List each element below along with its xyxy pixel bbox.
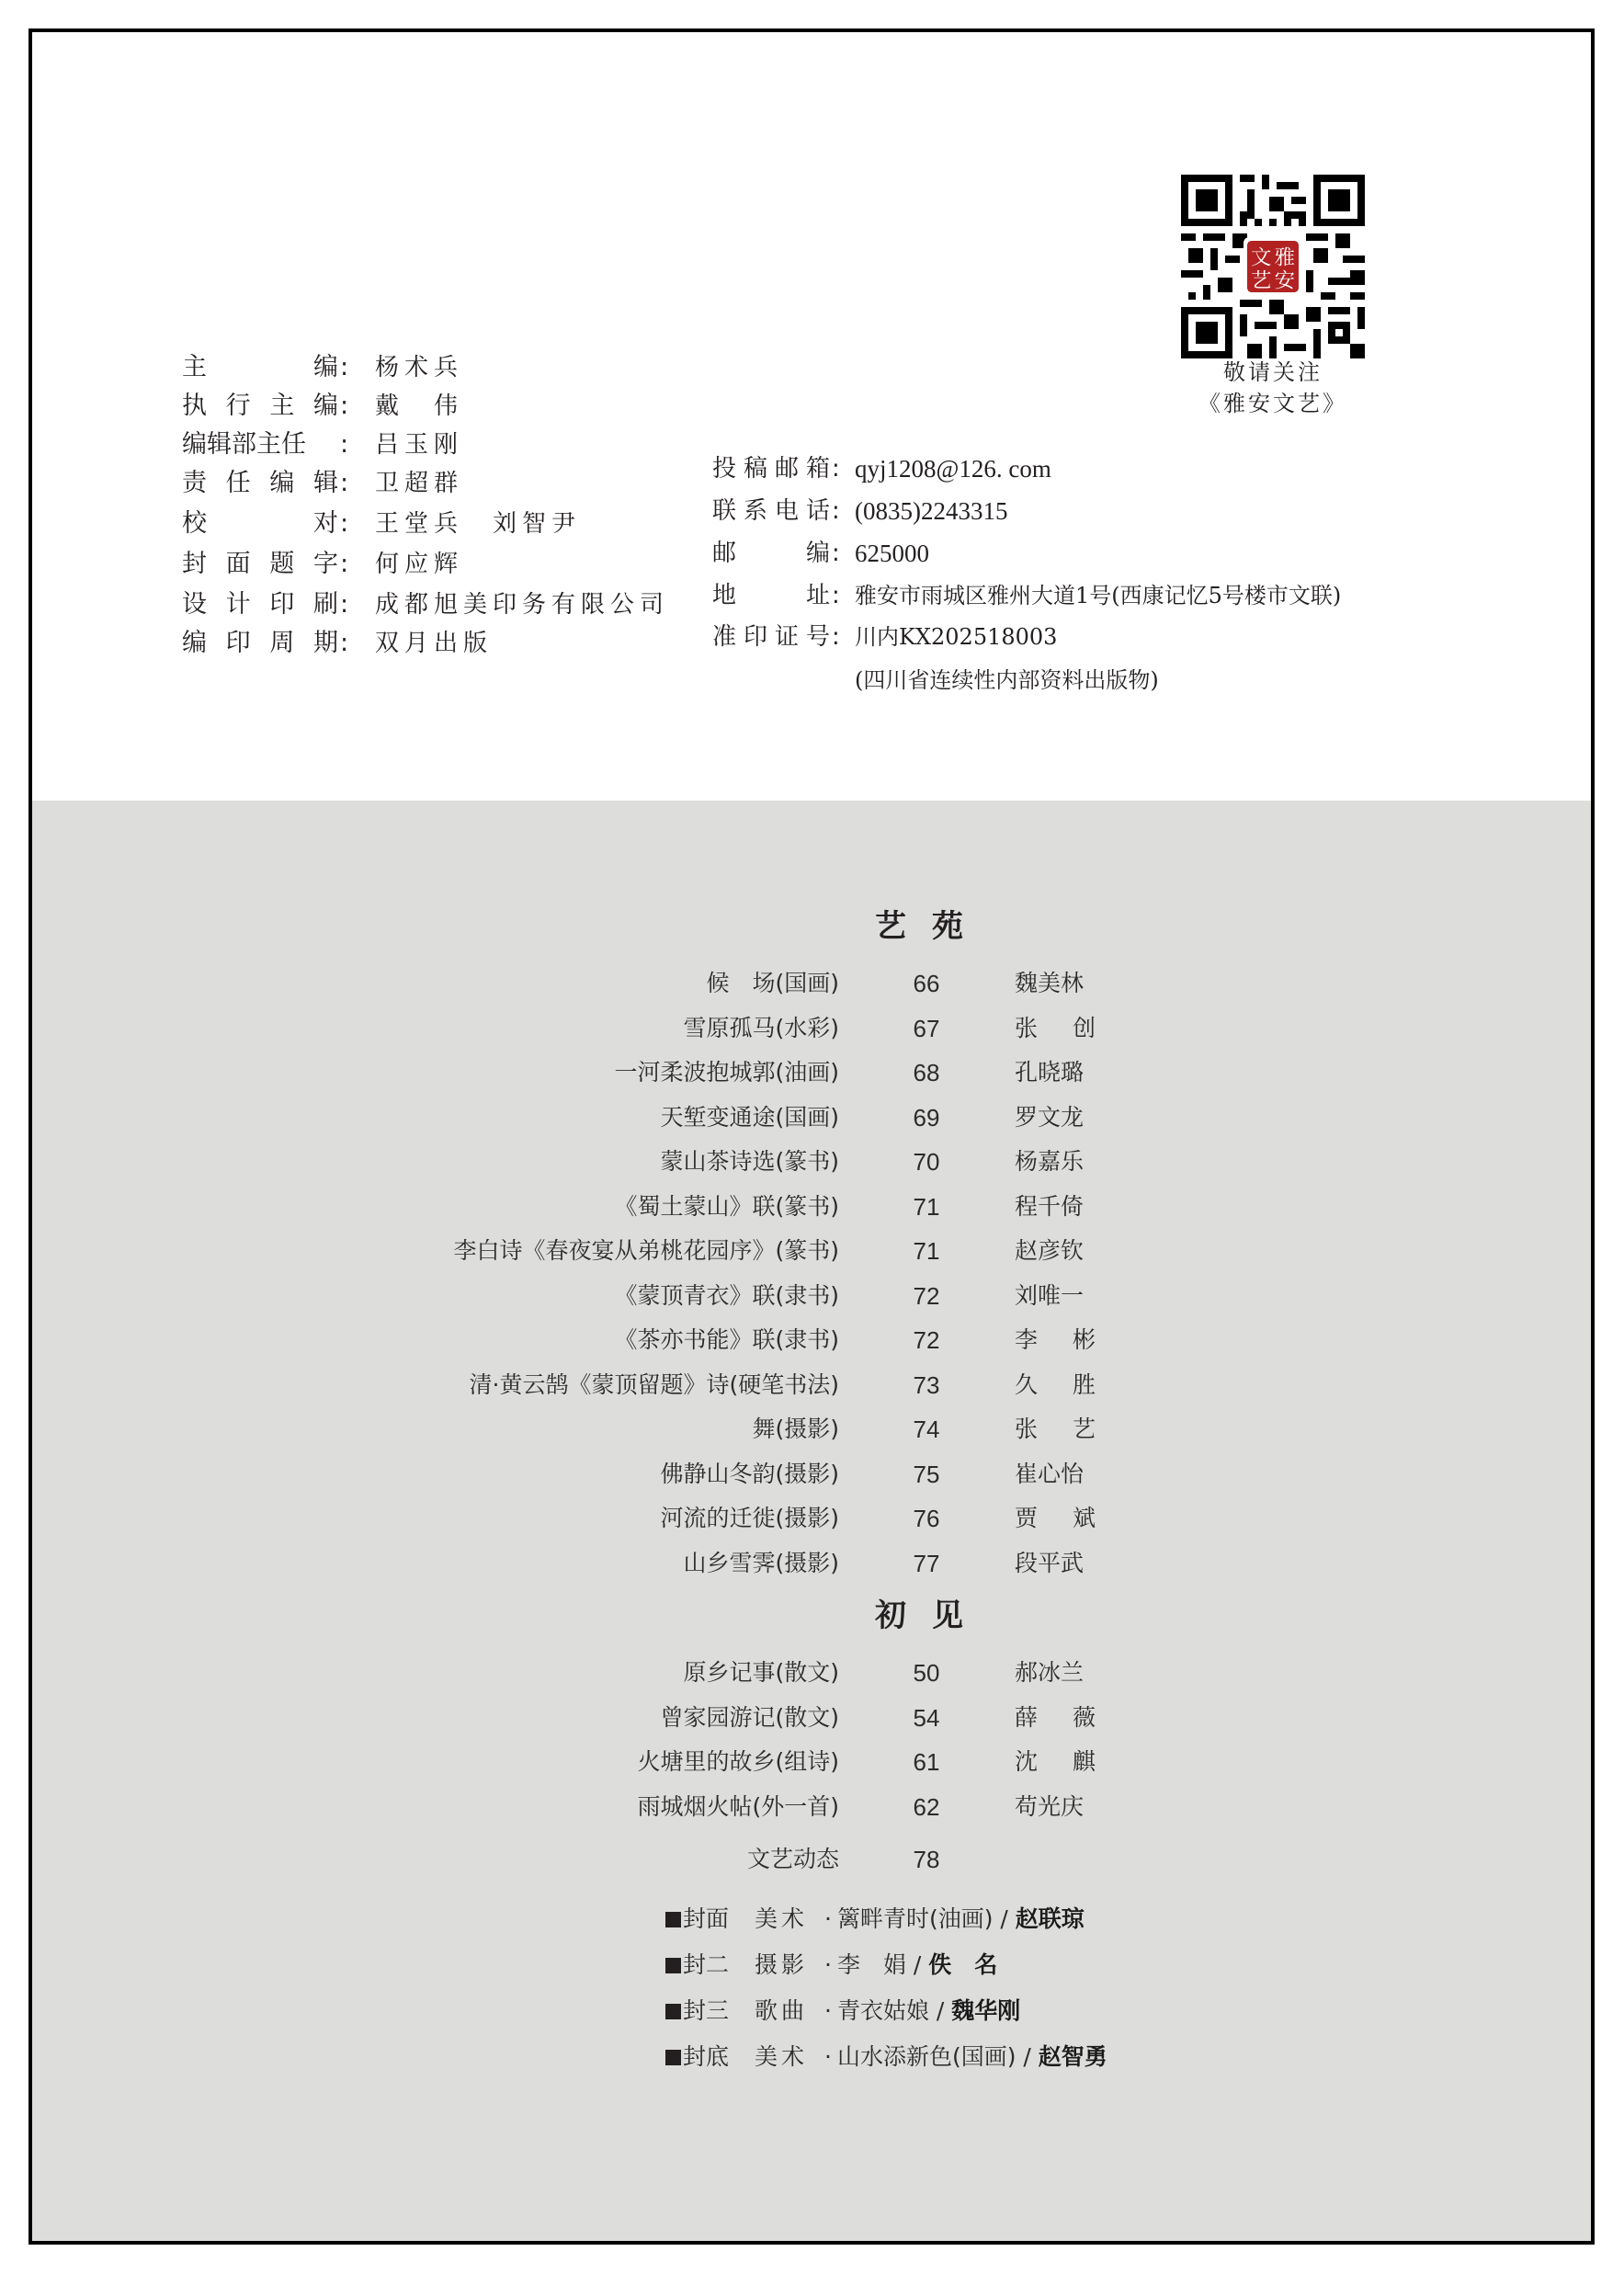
- label-char: 胜: [1073, 1367, 1096, 1404]
- masthead-label: 主编: [182, 349, 338, 386]
- label-char: 主: [256, 426, 281, 463]
- label-char: 执: [182, 388, 207, 425]
- cover-work: 青衣姑娘: [837, 1997, 929, 2024]
- masthead-value: 吕玉刚: [375, 426, 463, 463]
- dot-separator: ·: [824, 1951, 832, 1978]
- toc-entry[interactable]: 《蜀土蒙山》联(篆书)71程千倚: [0, 1188, 1624, 1225]
- label-char: 庆: [1061, 1789, 1084, 1825]
- entry-page: 62: [901, 1789, 952, 1825]
- entry-author: 薛薇: [1015, 1700, 1096, 1736]
- label-char: 任: [281, 426, 306, 463]
- label-char: 字: [313, 546, 338, 583]
- slash-separator: /: [906, 1951, 928, 1978]
- label-char: 编: [269, 465, 294, 502]
- contact-label: 邮编: [712, 535, 830, 572]
- label-char: 彦: [1038, 1233, 1061, 1269]
- entry-title: 文艺动态: [747, 1841, 839, 1878]
- cover-author: 魏华刚: [951, 1997, 1020, 2024]
- label-char: 乐: [1061, 1143, 1084, 1180]
- entry-author: 罗文龙: [1015, 1099, 1096, 1136]
- dot-separator: ·: [824, 1905, 832, 1932]
- label-char: 薇: [1073, 1700, 1096, 1736]
- toc-entry[interactable]: 雪原孤马(水彩)67张创: [0, 1010, 1624, 1047]
- label-char: 武: [1061, 1545, 1084, 1582]
- colon: :: [340, 388, 348, 425]
- cover-author: 赵联琼: [1016, 1905, 1085, 1932]
- toc-entry[interactable]: 天堑变通途(国画)69罗文龙: [0, 1099, 1624, 1136]
- label-char: 赵: [1015, 1233, 1038, 1269]
- entry-page: 72: [901, 1278, 952, 1314]
- entry-title: 雪原孤马(水彩): [683, 1010, 839, 1047]
- label-char: 稿: [744, 450, 767, 487]
- toc-entry[interactable]: 佛静山冬韵(摄影)75崔心怡: [0, 1456, 1624, 1493]
- label-char: 张: [1015, 1411, 1038, 1448]
- toc-entry[interactable]: 候 场(国画)66魏美林: [0, 965, 1624, 1002]
- slash-separator: /: [993, 1905, 1015, 1932]
- cover-position: 封二: [683, 1947, 755, 1984]
- entry-title: 火塘里的故乡(组诗): [637, 1744, 839, 1780]
- label-char: 贾: [1015, 1500, 1038, 1537]
- masthead-value: 何应辉: [375, 546, 463, 583]
- label-char: 怡: [1061, 1456, 1084, 1493]
- toc-entry[interactable]: 河流的迁徙(摄影)76贾斌: [0, 1500, 1624, 1537]
- cover-author: 赵智勇: [1039, 2043, 1107, 2070]
- entry-title: 曾家园游记(散文): [660, 1700, 839, 1736]
- entry-title: 雨城烟火帖(外一首): [637, 1789, 839, 1825]
- masthead-label: 执行主编: [182, 388, 338, 425]
- slash-separator: /: [929, 1997, 951, 2024]
- label-char: 址: [806, 577, 830, 614]
- label-char: 冰: [1038, 1654, 1061, 1691]
- label-char: 嘉: [1038, 1143, 1061, 1180]
- toc-entry[interactable]: 原乡记事(散文)50郝冰兰: [0, 1654, 1624, 1691]
- colon: :: [340, 546, 348, 583]
- label-char: 印: [269, 586, 294, 623]
- label-char: 编: [806, 535, 830, 572]
- colon: :: [832, 577, 840, 614]
- toc-entry[interactable]: 雨城烟火帖(外一首)62苟光庆: [0, 1789, 1624, 1825]
- label-char: 面: [226, 546, 251, 583]
- entry-page: 71: [901, 1233, 952, 1269]
- qr-caption-line2: 《雅安文艺》: [1153, 388, 1392, 419]
- entry-page: 78: [901, 1841, 952, 1878]
- contact-value: 川内KX202518003: [855, 619, 1057, 655]
- label-char: 林: [1061, 965, 1084, 1002]
- entry-author: 孔晓璐: [1015, 1054, 1096, 1091]
- entry-title: 《蜀土蒙山》联(篆书): [614, 1188, 839, 1225]
- masthead-label: 编印周期: [182, 625, 338, 662]
- label-char: 张: [1015, 1010, 1038, 1047]
- entry-author: 郝冰兰: [1015, 1654, 1096, 1691]
- masthead-value: 卫超群: [375, 465, 463, 502]
- label-char: 钦: [1061, 1233, 1084, 1269]
- label-char: 刷: [313, 586, 338, 623]
- contact-label: 投稿邮箱: [712, 450, 830, 487]
- cover-author: 佚 名: [928, 1951, 997, 1978]
- label-char: 杨: [1015, 1143, 1038, 1180]
- entry-title: 山乡雪霁(摄影): [683, 1545, 839, 1582]
- label-char: 千: [1038, 1188, 1061, 1225]
- label-char: 美: [1038, 965, 1061, 1002]
- label-char: 斌: [1073, 1500, 1096, 1537]
- svg-text:文: 文: [1251, 246, 1271, 270]
- entry-page: 76: [901, 1500, 952, 1537]
- entry-author: 李彬: [1015, 1322, 1096, 1359]
- label-char: 号: [806, 619, 830, 655]
- label-char: 龙: [1061, 1099, 1084, 1136]
- entry-page: 50: [901, 1654, 952, 1691]
- label-char: 证: [775, 619, 799, 655]
- contact-value: 625000: [855, 535, 929, 572]
- label-char: 平: [1038, 1545, 1061, 1582]
- entry-author: 贾斌: [1015, 1500, 1096, 1537]
- label-char: 编: [182, 426, 207, 463]
- colon: :: [832, 493, 840, 529]
- entry-author: 久胜: [1015, 1367, 1096, 1404]
- label-char: 晓: [1038, 1054, 1061, 1091]
- label-char: 程: [1015, 1188, 1038, 1225]
- entry-author: 沈麒: [1015, 1744, 1096, 1780]
- masthead-value: 王堂兵 刘智尹: [375, 506, 581, 542]
- masthead-value: 双月出版: [375, 625, 493, 662]
- label-char: 校: [182, 506, 207, 542]
- entry-title: 《蒙顶青衣》联(隶书): [614, 1278, 839, 1314]
- label-char: 薛: [1015, 1700, 1038, 1736]
- cover-kind: 美术: [755, 1901, 819, 1938]
- label-char: 孔: [1015, 1054, 1038, 1091]
- label-char: 光: [1038, 1789, 1061, 1825]
- entry-author: 赵彦钦: [1015, 1233, 1096, 1269]
- svg-text:艺: 艺: [1251, 268, 1271, 292]
- toc-entry[interactable]: 一河柔波抱城郭(油画)68孔晓璐: [0, 1054, 1624, 1091]
- label-char: 责: [182, 465, 207, 502]
- entry-author: 刘唯一: [1015, 1278, 1096, 1314]
- colon: :: [340, 625, 348, 662]
- svg-text:安: 安: [1275, 268, 1296, 292]
- masthead-value: 戴 伟: [375, 388, 463, 425]
- label-char: 对: [313, 506, 338, 542]
- entry-author: 张艺: [1015, 1411, 1096, 1448]
- entry-page: 67: [901, 1010, 952, 1047]
- label-char: 部: [232, 426, 256, 463]
- label-char: 璐: [1061, 1054, 1084, 1091]
- label-char: 心: [1038, 1456, 1061, 1493]
- masthead-label: 编辑部主任: [182, 426, 338, 463]
- qr-caption: 敬请关注 《雅安文艺》: [1153, 357, 1392, 419]
- toc-entry-news[interactable]: 文艺动态78: [0, 1841, 1624, 1878]
- contact-label: 地址: [712, 577, 830, 614]
- label-char: 文: [1038, 1099, 1061, 1136]
- contact-value: qyj1208@126. com: [855, 450, 1051, 487]
- dot-separator: ·: [824, 2043, 832, 2070]
- label-char: 段: [1015, 1545, 1038, 1582]
- colon: :: [340, 426, 348, 463]
- cover-credit-row: 封三歌曲·青衣姑娘 / 魏华刚: [665, 1993, 1020, 2030]
- cover-credit-row: 封面美术·篱畔青时(油画) / 赵联琼: [665, 1901, 1085, 1938]
- label-char: 魏: [1015, 965, 1038, 1002]
- label-char: 郝: [1015, 1654, 1038, 1691]
- label-char: 倚: [1061, 1188, 1084, 1225]
- label-char: 任: [226, 465, 251, 502]
- qr-caption-line1: 敬请关注: [1153, 357, 1392, 388]
- dot-separator: ·: [824, 1997, 832, 2024]
- label-char: 唯: [1038, 1278, 1061, 1314]
- entry-page: 73: [901, 1367, 952, 1404]
- entry-title: 候 场(国画): [706, 965, 839, 1002]
- label-char: 设: [182, 586, 207, 623]
- label-char: 主: [182, 349, 207, 386]
- toc-entry[interactable]: 《蒙顶青衣》联(隶书)72刘唯一: [0, 1278, 1624, 1314]
- entry-page: 61: [901, 1744, 952, 1780]
- label-char: 李: [1015, 1322, 1038, 1359]
- colon: :: [340, 465, 348, 502]
- cover-position: 封底: [683, 2039, 755, 2075]
- contact-value: 雅安市雨城区雅州大道1号(西康记忆5号楼市文联): [855, 577, 1341, 614]
- entry-title: 《茶亦书能》联(隶书): [614, 1322, 839, 1359]
- toc-entry[interactable]: 蒙山茶诗选(篆书)70杨嘉乐: [0, 1143, 1624, 1180]
- masthead-label: 责任编辑: [182, 465, 338, 502]
- entry-title: 天堑变通途(国画): [660, 1099, 839, 1136]
- label-char: 印: [226, 625, 251, 662]
- square-bullet-icon: [665, 2050, 681, 2065]
- entry-title: 河流的迁徙(摄影): [660, 1500, 839, 1537]
- masthead-label: 校对: [182, 506, 338, 542]
- label-char: 麒: [1073, 1744, 1096, 1780]
- cover-kind: 歌曲: [755, 1993, 819, 2030]
- label-char: 久: [1015, 1367, 1038, 1404]
- colon: :: [832, 535, 840, 572]
- entry-page: 69: [901, 1099, 952, 1136]
- entry-page: 66: [901, 965, 952, 1002]
- label-char: 印: [744, 619, 767, 655]
- toc-entry[interactable]: 山乡雪霁(摄影)77段平武: [0, 1545, 1624, 1582]
- entry-page: 71: [901, 1188, 952, 1225]
- entry-title: 原乡记事(散文): [683, 1654, 839, 1691]
- entry-page: 70: [901, 1143, 952, 1180]
- toc-entry[interactable]: 火塘里的故乡(组诗)61沈麒: [0, 1744, 1624, 1780]
- entry-title: 佛静山冬韵(摄影): [660, 1456, 839, 1493]
- label-char: 箱: [806, 450, 830, 487]
- label-char: 编: [313, 388, 338, 425]
- cover-credit-row: 封二摄影·李 娟 / 佚 名: [665, 1947, 997, 1984]
- entry-page: 54: [901, 1700, 952, 1736]
- entry-page: 68: [901, 1054, 952, 1091]
- label-char: 沈: [1015, 1744, 1038, 1780]
- label-char: 邮: [775, 450, 799, 487]
- entry-author: 苟光庆: [1015, 1789, 1096, 1825]
- label-char: 行: [226, 388, 251, 425]
- entry-title: 一河柔波抱城郭(油画): [614, 1054, 839, 1091]
- cover-credit-row: 封底美术·山水添新色(国画) / 赵智勇: [665, 2039, 1107, 2075]
- toc-entry[interactable]: 舞(摄影)74张艺: [0, 1411, 1624, 1448]
- colon: :: [340, 506, 348, 542]
- label-char: 话: [806, 493, 830, 529]
- masthead-label: 设计印刷: [182, 586, 338, 623]
- entry-page: 75: [901, 1456, 952, 1493]
- cover-kind: 摄影: [755, 1947, 819, 1984]
- toc-entry[interactable]: 李白诗《春夜宴从弟桃花园序》(篆书)71赵彦钦: [0, 1233, 1624, 1269]
- label-char: 辑: [313, 465, 338, 502]
- label-char: 系: [744, 493, 767, 529]
- contact-label: 准印证号: [712, 619, 830, 655]
- label-char: 期: [313, 625, 338, 662]
- label-char: 联: [712, 493, 736, 529]
- cover-work: 李 娟: [837, 1951, 906, 1978]
- entry-title: 李白诗《春夜宴从弟桃花园序》(篆书): [453, 1233, 839, 1269]
- section-title: 初见: [875, 1590, 989, 1635]
- entry-author: 段平武: [1015, 1545, 1096, 1582]
- colon: :: [340, 586, 348, 623]
- label-char: 准: [712, 619, 736, 655]
- masthead-value: 杨术兵: [375, 349, 463, 386]
- label-char: 苟: [1015, 1789, 1038, 1825]
- slash-separator: /: [1016, 2043, 1038, 2070]
- label-char: 地: [712, 577, 736, 614]
- label-char: 编: [313, 349, 338, 386]
- label-char: 创: [1073, 1010, 1096, 1047]
- square-bullet-icon: [665, 1912, 681, 1927]
- label-char: 主: [269, 388, 294, 425]
- square-bullet-icon: [665, 1958, 681, 1973]
- cover-position: 封三: [683, 1993, 755, 2030]
- entry-page: 72: [901, 1322, 952, 1359]
- toc-entry[interactable]: 清·黄云鹄《蒙顶留题》诗(硬笔书法)73久胜: [0, 1367, 1624, 1404]
- toc-entry[interactable]: 曾家园游记(散文)54薛薇: [0, 1700, 1624, 1736]
- colon: :: [832, 450, 840, 487]
- label-char: 题: [269, 546, 294, 583]
- entry-title: 蒙山茶诗选(篆书): [660, 1143, 839, 1180]
- cover-work: 篱畔青时(油画): [837, 1905, 994, 1932]
- label-char: 电: [775, 493, 799, 529]
- cover-kind: 美术: [755, 2039, 819, 2075]
- qr-code: 文 雅 艺 安: [1181, 175, 1365, 358]
- label-char: 计: [226, 586, 251, 623]
- entry-title: 舞(摄影): [752, 1411, 839, 1448]
- label-char: 崔: [1015, 1456, 1038, 1493]
- entry-title: 清·黄云鹄《蒙顶留题》诗(硬笔书法): [470, 1367, 839, 1404]
- label-char: 邮: [712, 535, 736, 572]
- toc-entry[interactable]: 《茶亦书能》联(隶书)72李彬: [0, 1322, 1624, 1359]
- colon: :: [340, 349, 348, 386]
- label-char: 封: [182, 546, 207, 583]
- contact-value: (四川省连续性内部资料出版物): [855, 662, 1159, 699]
- section-title: 艺苑: [875, 901, 989, 946]
- svg-text:雅: 雅: [1275, 246, 1295, 270]
- entry-author: 张创: [1015, 1010, 1096, 1047]
- label-char: 投: [712, 450, 736, 487]
- label-char: 刘: [1015, 1278, 1038, 1314]
- entry-page: 77: [901, 1545, 952, 1582]
- entry-author: 魏美林: [1015, 965, 1096, 1002]
- qr-code-icon: 文 雅 艺 安: [1181, 175, 1365, 358]
- square-bullet-icon: [665, 2004, 681, 2019]
- label-char: 兰: [1061, 1654, 1084, 1691]
- label-char: 辑: [207, 426, 232, 463]
- masthead-label: 封面题字: [182, 546, 338, 583]
- label-char: 罗: [1015, 1099, 1038, 1136]
- label-char: 彬: [1073, 1322, 1096, 1359]
- entry-author: 杨嘉乐: [1015, 1143, 1096, 1180]
- label-char: 周: [269, 625, 294, 662]
- contact-value: (0835)2243315: [855, 493, 1007, 529]
- label-char: 一: [1061, 1278, 1084, 1314]
- label-char: 编: [182, 625, 207, 662]
- colon: :: [832, 619, 840, 655]
- label-char: 艺: [1073, 1411, 1096, 1448]
- contact-label: 联系电话: [712, 493, 830, 529]
- cover-work: 山水添新色(国画): [837, 2043, 1016, 2070]
- cover-position: 封面: [683, 1901, 755, 1938]
- entry-author: 程千倚: [1015, 1188, 1096, 1225]
- entry-author: 崔心怡: [1015, 1456, 1096, 1493]
- entry-page: 74: [901, 1411, 952, 1448]
- masthead-value: 成都旭美印务有限公司: [375, 586, 669, 623]
